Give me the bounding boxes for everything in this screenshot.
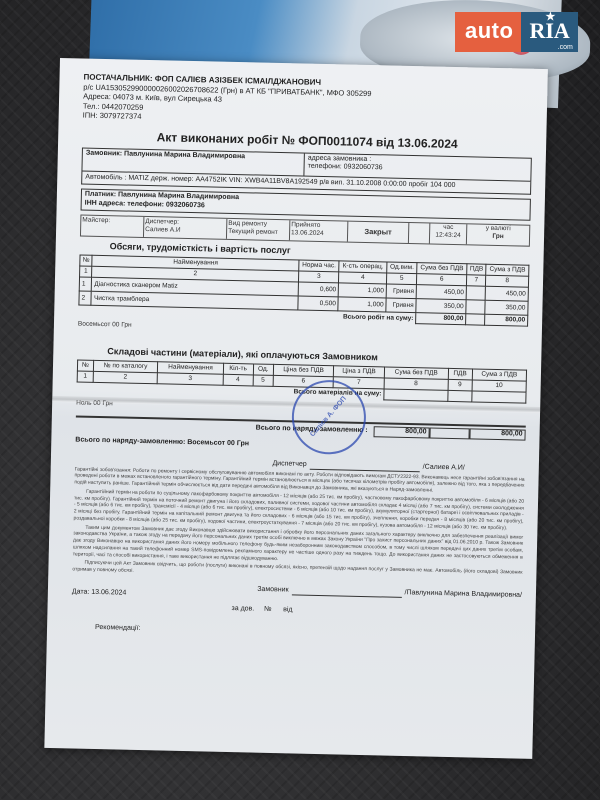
warranty-terms: Гарантійні зобов'язання: Роботи по ремон… xyxy=(72,466,524,583)
table-cell xyxy=(466,286,485,300)
table-cell: 5 xyxy=(253,375,274,387)
recommendations-label: Рекомендації: xyxy=(95,624,521,642)
table-cell: 1 xyxy=(79,277,92,291)
table-cell: 1 xyxy=(77,371,93,382)
star-icon: ★ xyxy=(545,10,555,23)
power-of-attorney: за дов. № від xyxy=(231,605,521,620)
dispatcher-cell: Диспетчер: Салиев А.И xyxy=(144,217,227,239)
table-cell: 450,00 xyxy=(416,285,466,300)
service-act-document: ПОСТАЧАЛЬНИК: ФОП САЛІЄВ АЗІЗБЕК ІСМАІЛД… xyxy=(44,58,548,759)
table-cell: 0,600 xyxy=(298,282,339,297)
table-cell: Кіл-ть xyxy=(223,363,253,375)
table-cell: № xyxy=(80,255,93,266)
table-cell: Гривня xyxy=(386,284,416,299)
table-cell: 350,00 xyxy=(416,299,466,314)
table-cell: № xyxy=(77,360,93,371)
table-cell: Од.вим. xyxy=(387,262,417,274)
time-cell: час 12:43:24 xyxy=(429,223,467,244)
table-cell: 450,00 xyxy=(485,286,528,301)
table-cell: 2 xyxy=(79,291,92,305)
table-cell: 5 xyxy=(387,273,417,285)
table-cell: 3 xyxy=(298,271,339,283)
table-cell: 4 xyxy=(223,374,253,386)
table-cell: Од. xyxy=(253,364,274,376)
table-cell: 1 xyxy=(80,266,93,277)
supplier-block: ПОСТАЧАЛЬНИК: ФОП САЛІЄВ АЗІЗБЕК ІСМАІЛД… xyxy=(83,73,534,131)
watermark-ria: ★ RIA .com xyxy=(521,12,577,52)
accepted-cell: Прийнято 13.06.2024 xyxy=(290,220,348,241)
repair-type-cell: Вид ремонту Текущий ремонт xyxy=(227,219,290,240)
signature-line xyxy=(310,460,420,471)
currency-cell: у валюті Грн xyxy=(467,224,529,245)
services-total-with-vat: 800,00 xyxy=(485,314,528,326)
table-cell: 7 xyxy=(467,275,486,287)
table-cell xyxy=(466,300,485,314)
table-cell: ПДВ xyxy=(448,368,473,380)
order-total-with-vat: 800,00 xyxy=(469,428,525,440)
table-cell: Гривня xyxy=(386,298,416,313)
autoria-watermark: auto ★ RIA .com xyxy=(455,12,578,52)
table-cell: ПДВ xyxy=(467,264,486,276)
table-cell: 1,000 xyxy=(339,283,387,298)
table-cell: 0,500 xyxy=(298,296,339,311)
services-table: №НайменуванняНорма час.К-сть операц.Од.в… xyxy=(78,254,529,327)
order-total-without-vat: 800,00 xyxy=(373,426,429,438)
watermark-auto: auto xyxy=(455,12,521,52)
table-cell: Норма час. xyxy=(299,260,340,272)
table-cell: 350,00 xyxy=(485,300,528,315)
master-label: Майстер: xyxy=(81,215,144,236)
table-cell: 1,000 xyxy=(338,297,386,312)
status-cell: Закрыт xyxy=(348,221,409,242)
table-cell: 9 xyxy=(448,379,473,391)
table-cell: 8 xyxy=(486,275,529,287)
services-total-without-vat: 800,00 xyxy=(416,313,466,325)
